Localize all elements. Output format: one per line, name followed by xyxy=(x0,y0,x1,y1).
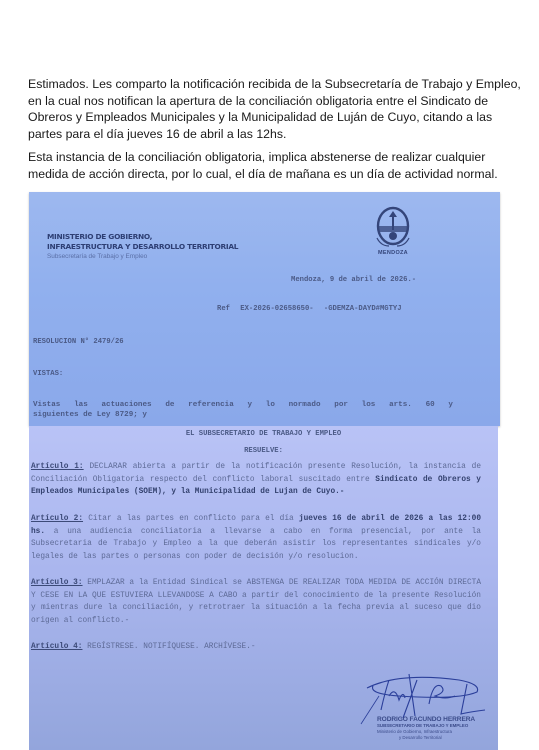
article-text: Citar a las partes en conflicto para el … xyxy=(83,515,299,523)
article-label: Artículo 2: xyxy=(31,515,83,523)
article-label: Artículo 3: xyxy=(31,579,83,587)
article-label: Artículo 1: xyxy=(31,463,84,471)
resolution-number: RESOLUCION N° 2479/26 xyxy=(33,338,124,346)
document-reference: Ref EX-2026-02658650- -GDEMZA-DAYD#MGTYJ xyxy=(217,305,402,313)
article-label: Artículo 4: xyxy=(31,643,82,651)
message-body: Estimados. Les comparto la notificación … xyxy=(28,76,528,190)
authority-heading: EL SUBSECRETARIO DE TRABAJO Y EMPLEO xyxy=(29,430,498,438)
article-text: EMPLAZAR a la Entidad Sindical se ABSTEN… xyxy=(31,579,481,625)
message-paragraph: Estimados. Les comparto la notificación … xyxy=(28,76,528,142)
ministry-heading: MINISTERIO DE GOBIERNO, INFRAESTRUCTURA … xyxy=(47,232,238,251)
document-photo-top: MINISTERIO DE GOBIERNO, INFRAESTRUCTURA … xyxy=(29,192,500,426)
document-date: Mendoza, 9 de abril de 2026.- xyxy=(291,276,416,284)
article-2: Artículo 2: Citar a las partes en confli… xyxy=(31,513,481,563)
signature-block: RODRIGO FACUNDO HERRERA SUBSECRETARIO DE… xyxy=(377,716,497,741)
ministry-line-1: MINISTERIO DE GOBIERNO, xyxy=(47,232,238,242)
signer-name: RODRIGO FACUNDO HERRERA xyxy=(377,716,497,723)
article-text: a una audiencia conciliatoria a llevarse… xyxy=(31,528,481,561)
mendoza-emblem-icon: MENDOZA xyxy=(369,202,417,262)
message-paragraph: Esta instancia de la conciliación obliga… xyxy=(28,149,528,182)
ministry-line-2: INFRAESTRUCTURA Y DESARROLLO TERRITORIAL xyxy=(47,242,238,252)
subsecretaria-label: Subsecretaría de Trabajo y Empleo xyxy=(47,253,147,260)
article-text: REGÍSTRESE. NOTIFÍQUESE. ARCHÍVESE.- xyxy=(82,643,255,651)
resuelve-heading: RESUELVE: xyxy=(29,447,498,455)
document-photo-bottom: EL SUBSECRETARIO DE TRABAJO Y EMPLEO RES… xyxy=(29,426,498,750)
vistas-heading: VISTAS: xyxy=(33,370,63,378)
article-3: Artículo 3: EMPLAZAR a la Entidad Sindic… xyxy=(31,577,481,627)
vistas-text: Vistas las actuaciones de referencia y l… xyxy=(33,400,453,411)
emblem-label: MENDOZA xyxy=(369,250,417,256)
signer-ministry-line-2: y Desarrollo Territorial xyxy=(377,735,497,741)
vistas-text-continued: siguientes de Ley 8729; y xyxy=(33,411,147,419)
article-4: Artículo 4: REGÍSTRESE. NOTIFÍQUESE. ARC… xyxy=(31,641,481,654)
article-1: Artículo 1: DECLARAR abierta a partir de… xyxy=(31,461,481,499)
